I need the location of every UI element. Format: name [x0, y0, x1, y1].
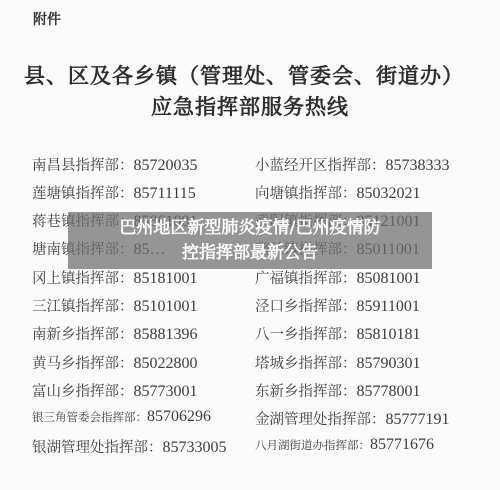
list-item: 向塘镇指挥部：85032021	[255, 182, 421, 203]
phone-number: 85081001	[357, 270, 421, 287]
office-name: 东新乡指挥部：	[255, 384, 357, 400]
list-item: 泾口乡指挥部：85911001	[255, 295, 420, 316]
office-name: 南新乡指挥部：	[32, 327, 134, 343]
list-item: 莲塘镇指挥部：85711115	[32, 182, 196, 203]
headline-overlay[interactable]: 巴州地区新型肺炎疫情/巴州疫情防 控指挥部最新公告	[68, 212, 432, 269]
list-item: 广福镇指挥部：85081001	[255, 267, 421, 288]
list-item: 南新乡指挥部：85881396	[32, 323, 198, 344]
headline-line-1: 巴州地区新型肺炎疫情/巴州疫情防	[68, 216, 432, 241]
office-name: 莲塘镇指挥部：	[32, 186, 134, 202]
headline-line-2: 控指挥部最新公告	[68, 241, 432, 266]
phone-number: 85711115	[134, 185, 196, 202]
phone-number: 85181001	[134, 270, 198, 287]
office-name: 富山乡指挥部：	[32, 384, 134, 400]
office-name: 向塘镇指挥部：	[255, 186, 357, 202]
office-name: 八月湖街道办指挥部：	[255, 438, 370, 452]
list-item: 八月湖街道办指挥部：85771676	[255, 436, 434, 454]
office-name: 黄马乡指挥部：	[32, 356, 134, 372]
list-item: 小蓝经开区指挥部：85738333	[255, 154, 450, 175]
list-item: 三江镇指挥部：85101001	[32, 295, 198, 316]
list-item: 金湖管理处指挥部：85777191	[255, 408, 450, 429]
office-name: 泾口乡指挥部：	[255, 299, 357, 315]
phone-number: 85733005	[163, 439, 227, 456]
phone-number: 85771676	[370, 436, 434, 453]
office-name: 冈上镇指挥部：	[32, 271, 134, 287]
phone-number: 85738333	[386, 157, 450, 174]
list-item: 黄马乡指挥部：85022800	[32, 352, 198, 373]
list-item: 富山乡指挥部：85773001	[32, 380, 198, 401]
phone-number: 85777191	[386, 411, 450, 428]
phone-number: 85773001	[134, 383, 198, 400]
phone-number: 85911001	[357, 298, 420, 315]
phone-number: 85778001	[357, 383, 421, 400]
list-item: 东新乡指挥部：85778001	[255, 380, 421, 401]
phone-number: 85881396	[134, 326, 198, 343]
office-name: 三江镇指挥部：	[32, 299, 134, 315]
office-name: 八一乡指挥部：	[255, 327, 357, 343]
list-item: 银湖管理处指挥部：85733005	[32, 436, 227, 457]
phone-number: 85032021	[357, 185, 421, 202]
list-item: 银三角管委会指挥部：85706296	[32, 408, 211, 426]
list-item: 南昌县指挥部：85720035	[32, 154, 198, 175]
phone-number: 85022800	[134, 355, 198, 372]
phone-number: 85810181	[357, 326, 421, 343]
office-name: 银三角管委会指挥部：	[32, 410, 147, 424]
phone-number: 85790301	[357, 355, 421, 372]
phone-number: 85101001	[134, 298, 198, 315]
phone-number: 85706296	[147, 408, 211, 425]
list-item: 八一乡指挥部：85810181	[255, 323, 421, 344]
list-item: 塔城乡指挥部：85790301	[255, 352, 421, 373]
office-name: 金湖管理处指挥部：	[255, 412, 386, 428]
office-name: 小蓝经开区指挥部：	[255, 158, 386, 174]
document-subtitle: 应急指挥部服务热线	[0, 91, 500, 121]
office-name: 广福镇指挥部：	[255, 271, 357, 287]
office-name: 银湖管理处指挥部：	[32, 440, 163, 456]
phone-number: 85720035	[134, 157, 198, 174]
document-title: 县、区及各乡镇（管理处、管委会、街道办）	[24, 60, 494, 90]
office-name: 南昌县指挥部：	[32, 158, 134, 174]
list-item: 冈上镇指挥部：85181001	[32, 267, 198, 288]
attachment-label: 附件	[33, 9, 61, 29]
office-name: 塔城乡指挥部：	[255, 356, 357, 372]
